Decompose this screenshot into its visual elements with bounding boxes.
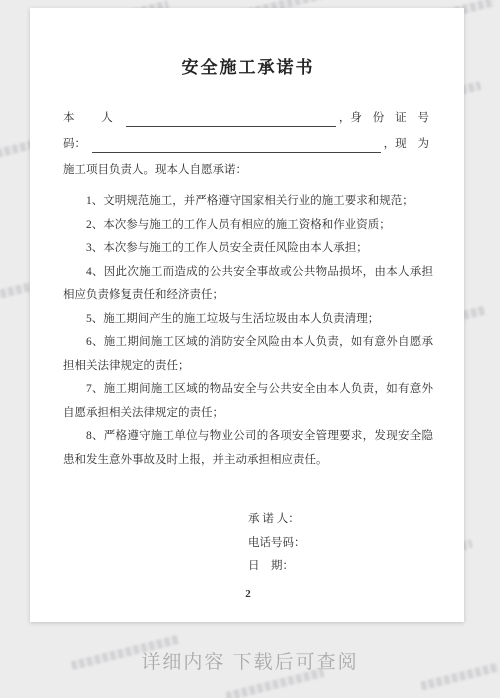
commitment-item-3: 3、本次参与施工的工作人员安全责任风险由本人承担； [63,237,433,261]
intro-line-3: 施工项目负责人。现本人自愿承诺： [63,157,433,183]
commitment-item-7: 7、施工期间施工区域的物品安全与公共安全由本人负责，如有意外自愿承担相关法律规定… [63,378,433,425]
commitment-item-5: 5、施工期间产生的施工垃圾与生活垃圾由本人负责清理； [63,308,433,332]
intro-line2-comma: ， [384,131,396,157]
intro-line-2: 码： ， 现 为 [63,131,433,157]
signature-block: 承 诺 人： 电话号码： 日 期： [248,508,433,579]
signature-phone-label: 电话号码： [248,532,433,556]
intro-line1-comma: ， [339,105,351,131]
intro-line1-suffix: 身 份 证 号 [350,105,433,131]
commitment-item-8: 8、严格遵守施工单位与物业公司的各项安全管理要求，发现安全隐患和发生意外事故及时… [63,425,433,472]
footer-band: 详细内容 下载后可查阅 [0,622,500,698]
intro-paragraph: 本 人 ， 身 份 证 号 码： ， 现 为 施工项目负责人。现本人自愿承诺： [63,105,433,183]
name-blank-underline [126,107,336,127]
download-notice: 详细内容 下载后可查阅 [141,647,358,674]
commitment-item-6: 6、施工期间施工区域的消防安全风险由本人负责，如有意外自愿承担相关法律规定的责任… [63,331,433,378]
preview-stage: 安全施工承诺书 本 人 ， 身 份 证 号 码： ， 现 为 施工项目负责人。现… [0,0,500,698]
signature-date-label: 日 期： [248,555,433,579]
commitment-list: 1、文明规范施工，并严格遵守国家相关行业的施工要求和规范； 2、本次参与施工的工… [63,190,433,472]
commitment-item-1: 1、文明规范施工，并严格遵守国家相关行业的施工要求和规范； [63,190,433,214]
id-blank-underline [92,133,381,153]
page-number: 2 [63,588,433,600]
commitment-item-4: 4、因此次施工而造成的公共安全事故或公共物品损坏，由本人承担相应负责修复责任和经… [63,261,433,308]
intro-line1-prefix: 本 人 [63,105,120,131]
document-content: 安全施工承诺书 本 人 ， 身 份 证 号 码： ， 现 为 施工项目负责人。现… [30,8,464,600]
signature-promisor-label: 承 诺 人： [248,508,433,532]
intro-line-1: 本 人 ， 身 份 证 号 [63,105,433,131]
intro-line2-suffix: 现 为 [395,131,433,157]
intro-line2-prefix: 码： [63,131,86,157]
document-title: 安全施工承诺书 [63,53,433,78]
commitment-item-2: 2、本次参与施工的工作人员有相应的施工资格和作业资质； [63,214,433,238]
document-page: 安全施工承诺书 本 人 ， 身 份 证 号 码： ， 现 为 施工项目负责人。现… [30,8,464,622]
